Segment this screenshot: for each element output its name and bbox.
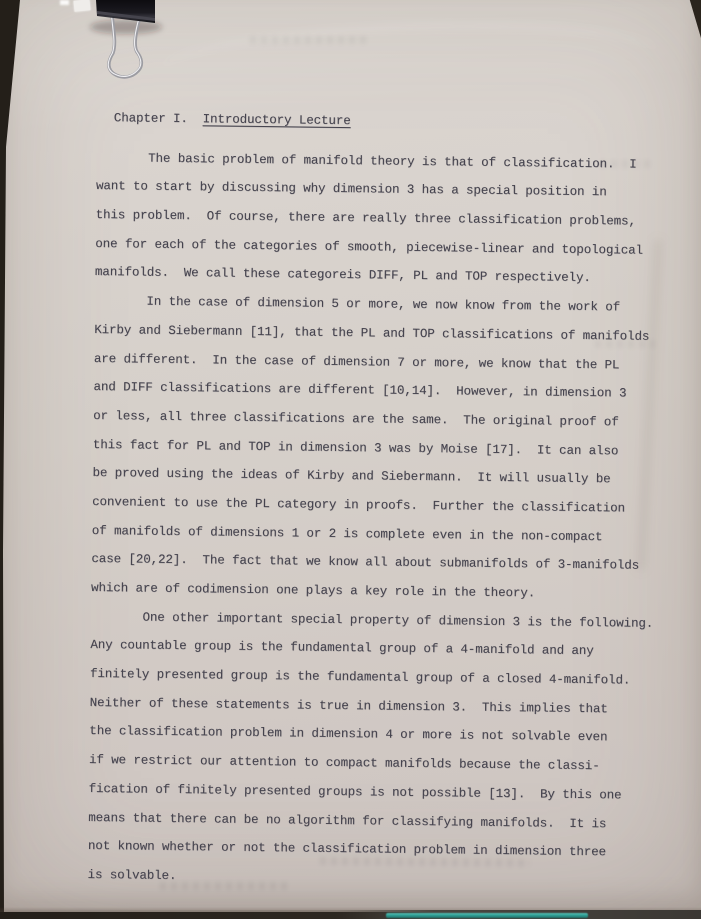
chapter-label: Chapter I.	[114, 111, 203, 126]
paper-crease	[159, 17, 661, 106]
desk-teal-edge	[386, 913, 588, 918]
binder-clip	[60, 0, 190, 92]
chapter-title: Introductory Lecture	[203, 112, 351, 128]
chapter-heading: Chapter I. Introductory Lecture	[114, 104, 677, 140]
typewritten-page-text: Chapter I. Introductory Lecture The basi…	[87, 104, 677, 897]
paper-sheet: Chapter I. Introductory Lecture The basi…	[0, 0, 701, 912]
bleed-through-text	[250, 36, 370, 44]
desk-edge	[0, 910, 701, 919]
photo-scene: Chapter I. Introductory Lecture The basi…	[0, 0, 701, 919]
